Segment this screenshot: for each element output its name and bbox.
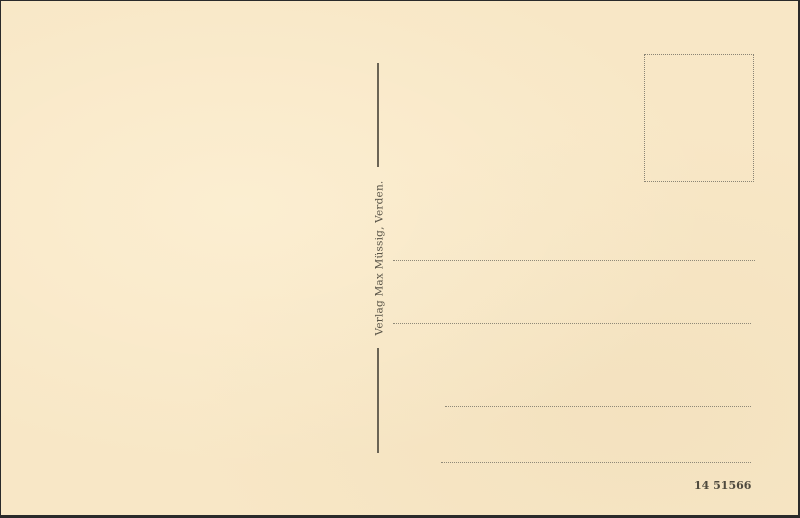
- serial-number: 14 51566: [694, 479, 751, 492]
- publisher-imprint: Verlag Max Müssig, Verden.: [369, 173, 389, 343]
- address-line-4: [441, 462, 751, 463]
- address-line-3: [445, 406, 751, 407]
- divider-line-top: [377, 63, 379, 167]
- postcard-back: Verlag Max Müssig, Verden. 14 51566: [1, 1, 798, 515]
- stamp-box: [644, 54, 754, 182]
- publisher-text: Verlag Max Müssig, Verden.: [373, 181, 385, 336]
- address-line-2: [393, 323, 751, 324]
- divider-line-bottom: [377, 348, 379, 453]
- address-line-1: [393, 260, 755, 261]
